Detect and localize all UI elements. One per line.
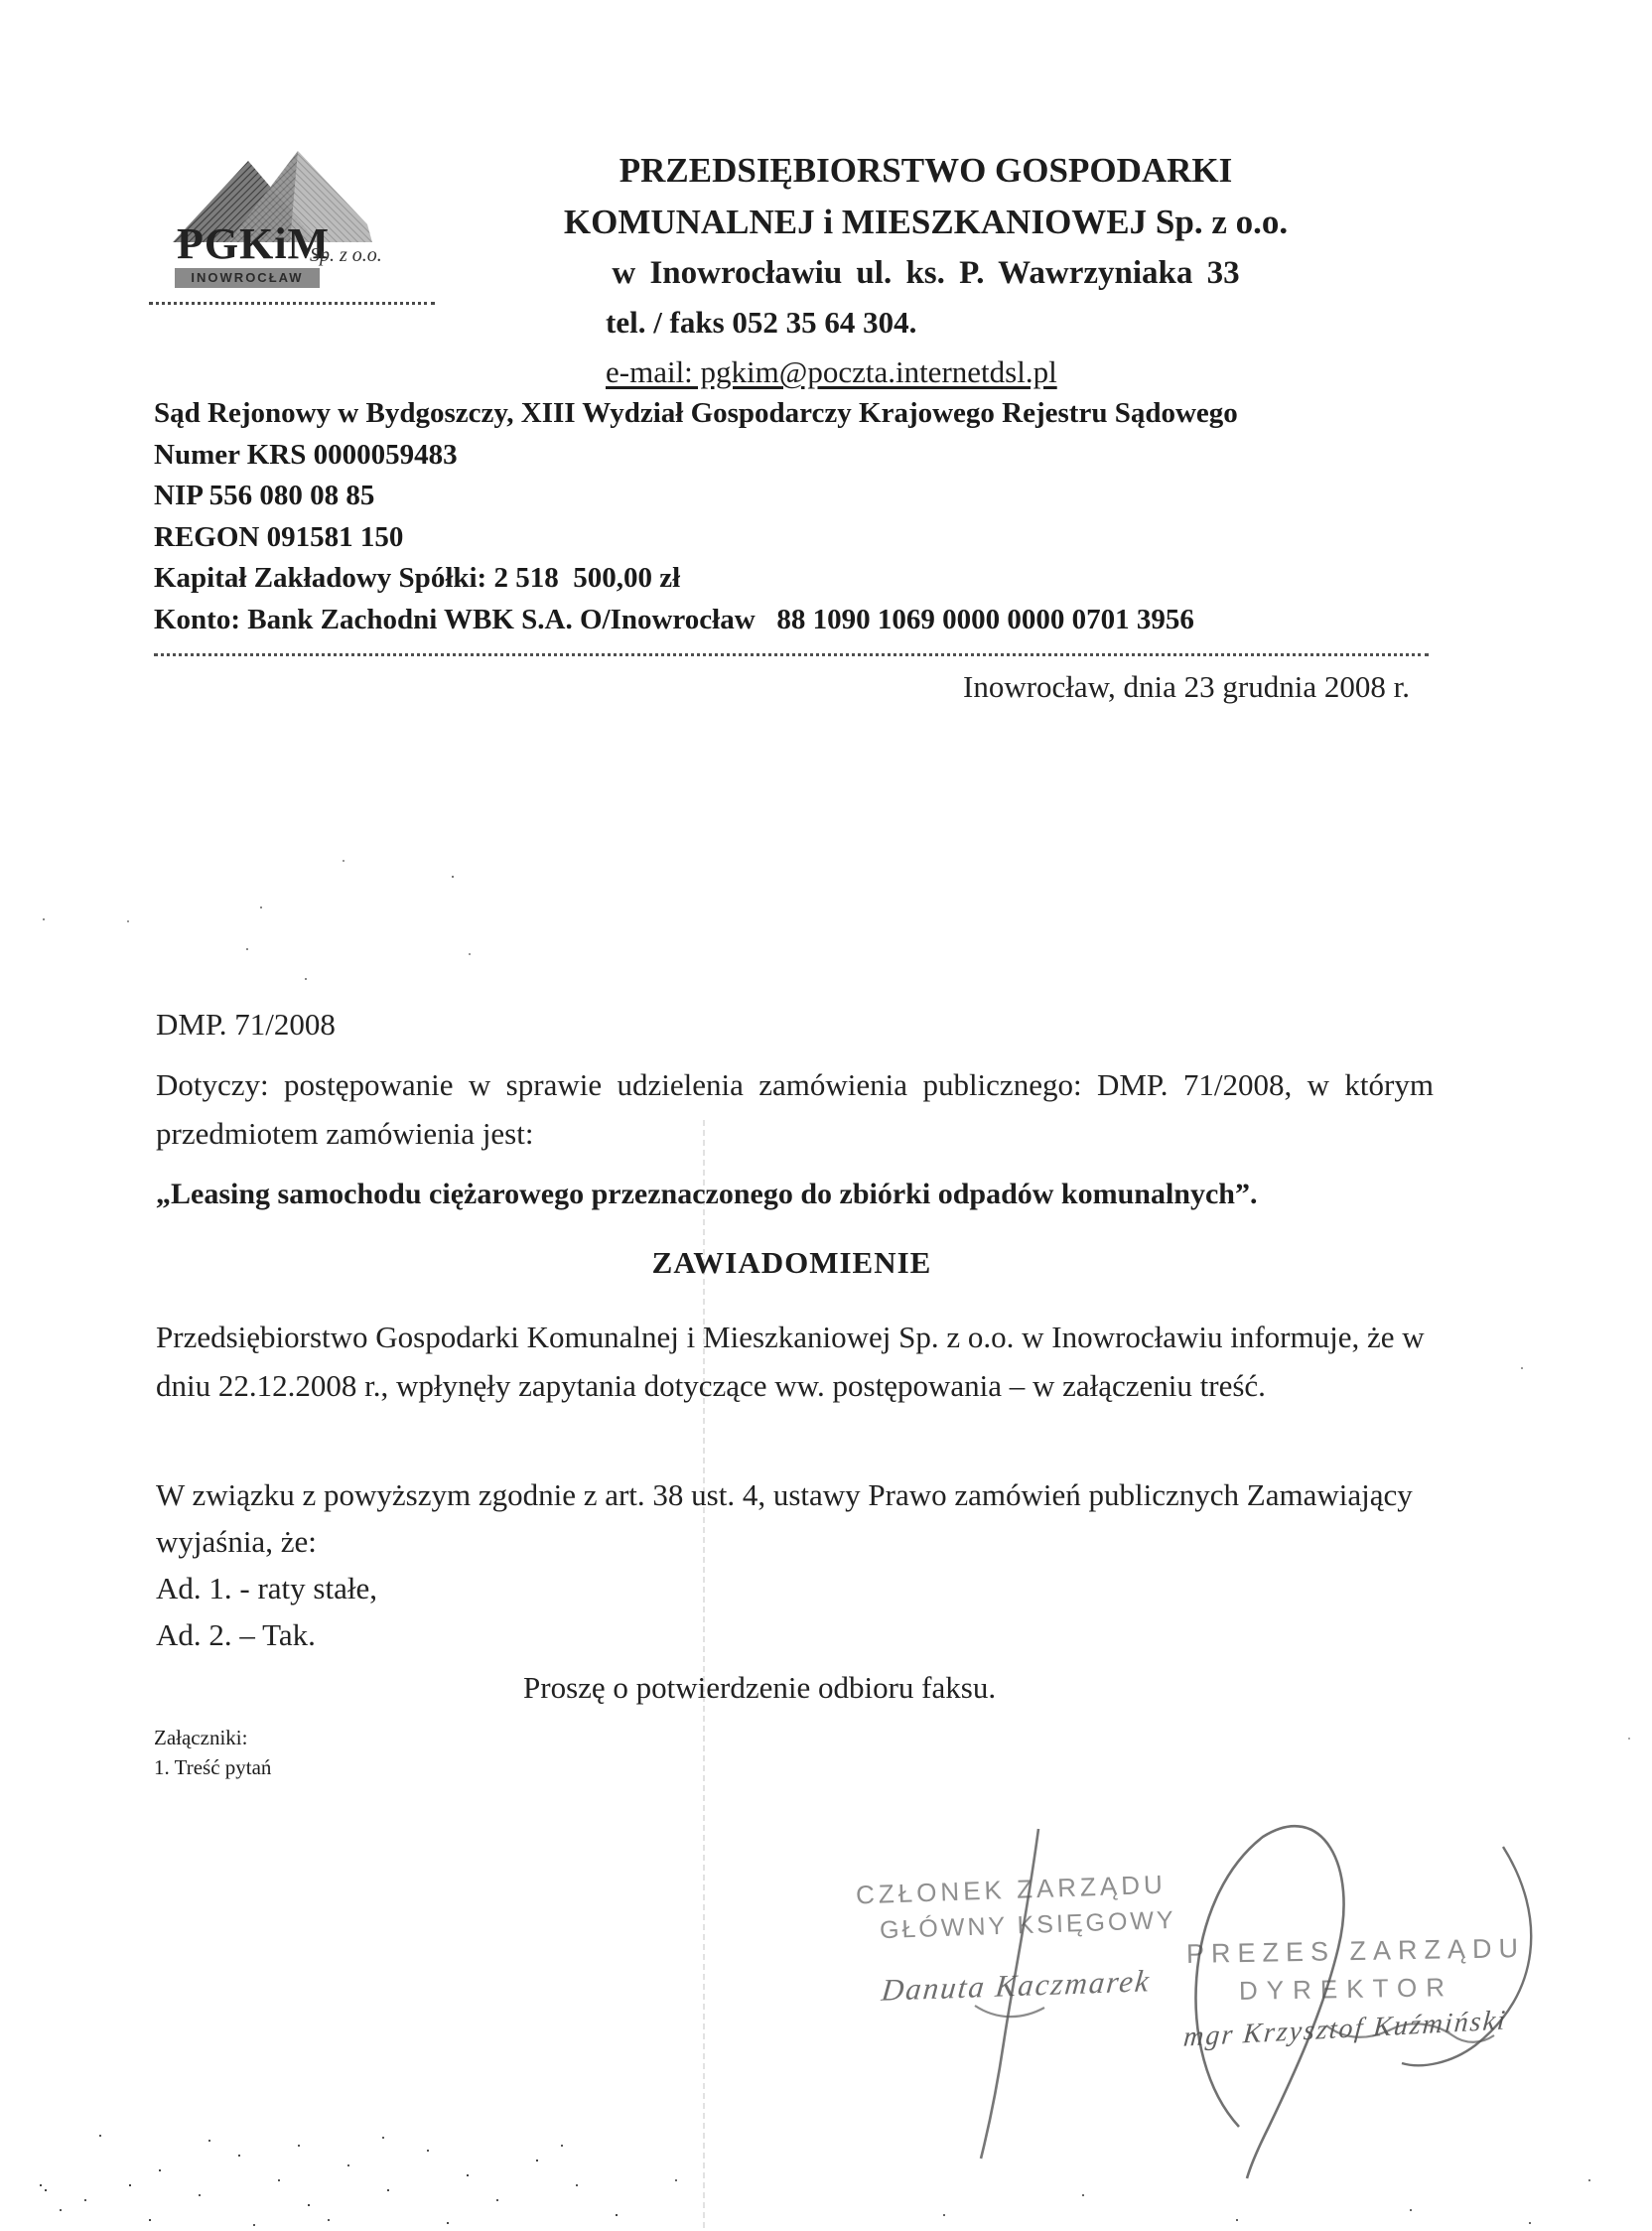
date-line: Inowrocław, dnia 23 grudnia 2008 r. — [923, 669, 1410, 705]
attachments-item: 1. Treść pytań — [154, 1753, 271, 1781]
dotted-separator — [154, 653, 1429, 656]
closing-line: Proszę o potwierdzenie odbioru faksu. — [523, 1670, 996, 1706]
letterhead: PRZEDSIĘBIORSTWO GOSPODARKI KOMUNALNEJ i… — [496, 145, 1355, 396]
document-page: PGKiM Sp. z o.o. INOWROCŁAW PRZEDSIĘBIOR… — [0, 0, 1652, 2231]
logo-company-suffix: Sp. z o.o. — [310, 244, 382, 267]
paragraph-explanation-block: W związku z powyższym zgodnie z art. 38 … — [156, 1471, 1451, 1658]
company-name-line-2: KOMUNALNEJ i MIESZKANIOWEJ Sp. z o.o. — [496, 197, 1355, 248]
registry-nip-line: NIP 556 080 08 85 — [154, 476, 1464, 517]
logo-company-abbr: PGKiM — [177, 222, 330, 266]
company-registry-block: Sąd Rejonowy w Bydgoszczy, XIII Wydział … — [154, 393, 1464, 640]
scan-noise — [0, 0, 2, 2]
company-email-line: e-mail: pgkim@poczta.internetdsl.pl — [496, 348, 1355, 396]
answer-item-2: Ad. 2. – Tak. — [156, 1611, 1451, 1658]
notice-title: ZAWIADOMIENIE — [154, 1245, 1430, 1281]
company-phone-line: tel. / faks 052 35 64 304. — [496, 298, 1355, 348]
logo-city-label: INOWROCŁAW — [191, 270, 303, 285]
logo-city-band: INOWROCŁAW — [175, 268, 320, 288]
paragraph-information: Przedsiębiorstwo Gospodarki Komunalnej i… — [156, 1313, 1442, 1410]
registry-capital-line: Kapitał Zakładowy Spółki: 2 518 500,00 z… — [154, 558, 1464, 600]
company-address-line: w Inowrocławiu ul. ks. P. Wawrzyniaka 33 — [496, 248, 1355, 298]
fold-line — [703, 1120, 705, 2228]
registry-krs-line: Numer KRS 0000059483 — [154, 435, 1464, 477]
registry-regon-line: REGON 091581 150 — [154, 517, 1464, 559]
reference-number: DMP. 71/2008 — [156, 1007, 336, 1043]
company-logo: PGKiM Sp. z o.o. INOWROCŁAW — [149, 137, 435, 305]
answer-item-1: Ad. 1. - raty stałe, — [156, 1565, 1451, 1611]
registry-account-line: Konto: Bank Zachodni WBK S.A. O/Inowrocł… — [154, 600, 1464, 641]
subject-paragraph: Dotyczy: postępowanie w sprawie udzielen… — [156, 1060, 1434, 1158]
attachments-label: Załączniki: — [154, 1724, 247, 1751]
handwritten-signatures-icon — [814, 1799, 1549, 2196]
paragraph-explanation: W związku z powyższym zgodnie z art. 38 … — [156, 1471, 1451, 1565]
company-name-line-1: PRZEDSIĘBIORSTWO GOSPODARKI — [496, 145, 1355, 197]
registry-court-line: Sąd Rejonowy w Bydgoszczy, XIII Wydział … — [154, 393, 1464, 435]
subject-title: „Leasing samochodu ciężarowego przeznacz… — [156, 1178, 1446, 1211]
